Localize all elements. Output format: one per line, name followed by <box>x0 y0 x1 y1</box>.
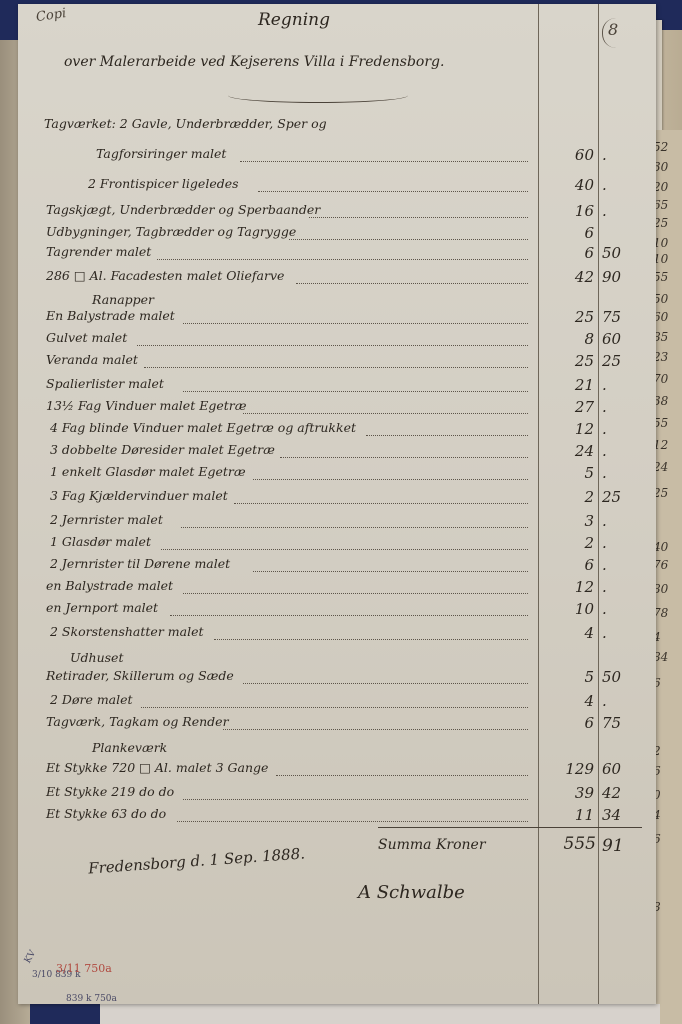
item-description: 2 Jernrister til Dørene malet <box>50 556 230 571</box>
line-item: Et Stykke 63 do do1134 <box>18 806 656 828</box>
dotted-leader <box>183 592 528 594</box>
archive-stamp-red: 3/11 750a <box>56 962 112 975</box>
dotted-leader <box>161 548 528 550</box>
dotted-leader <box>177 820 528 822</box>
document-title: Regning <box>258 10 330 30</box>
document-subtitle: over Malerarbeide ved Kejserens Villa i … <box>64 54 444 70</box>
line-item: 2 Døre malet4. <box>18 692 656 714</box>
item-ore: 60 <box>602 330 642 348</box>
item-kroner: 2 <box>538 534 594 552</box>
item-description: Et Stykke 219 do do <box>46 784 174 799</box>
dotted-leader <box>214 638 528 640</box>
item-ore: . <box>602 464 642 482</box>
dotted-leader <box>258 190 528 192</box>
item-description: en Jernport malet <box>46 600 158 615</box>
item-kroner: 6 <box>538 714 594 732</box>
dotted-leader <box>240 160 528 162</box>
item-ore: . <box>602 420 642 438</box>
line-item: 2 Jernrister malet3. <box>18 512 656 534</box>
item-description: 2 Frontispicer ligeledes <box>88 176 239 191</box>
line-item: 2 Skorstenshatter malet4. <box>18 624 656 646</box>
item-description: En Balystrade malet <box>46 308 175 323</box>
dotted-leader <box>223 728 528 730</box>
item-ore: . <box>602 176 642 194</box>
item-kroner: 5 <box>538 464 594 482</box>
dotted-leader <box>137 344 528 346</box>
item-ore: 60 <box>602 760 642 778</box>
item-description: Veranda malet <box>46 352 138 367</box>
item-ore: 75 <box>602 714 642 732</box>
dotted-leader <box>253 478 528 480</box>
bottom-sheet-edge <box>100 1004 660 1024</box>
section-heading: Udhuset <box>70 650 123 665</box>
item-kroner: 10 <box>538 600 594 618</box>
dotted-leader <box>234 502 528 504</box>
section-heading: Ranapper <box>92 292 154 307</box>
item-ore: 25 <box>602 352 642 370</box>
line-item: Tagskjægt, Underbrædder og Sperbaander16… <box>18 202 656 224</box>
line-item: Et Stykke 720 □ Al. malet 3 Gange12960 <box>18 760 656 782</box>
dotted-leader <box>366 434 528 436</box>
item-kroner: 2 <box>538 488 594 506</box>
item-description: 4 Fag blinde Vinduer malet Egetræ og aft… <box>50 420 356 435</box>
line-item: 13½ Fag Vinduer malet Egetræ27. <box>18 398 656 420</box>
line-item: en Balystrade malet12. <box>18 578 656 600</box>
line-item: 4 Fag blinde Vinduer malet Egetræ og aft… <box>18 420 656 442</box>
line-item: Udbygninger, Tagbrædder og Tagrygge6 <box>18 224 656 246</box>
item-description: Et Stykke 63 do do <box>46 806 166 821</box>
dotted-leader <box>280 456 528 458</box>
total-kroner: 555 <box>538 834 596 854</box>
archive-stamp: KV <box>23 949 38 965</box>
item-ore: 90 <box>602 268 642 286</box>
item-ore: . <box>602 398 642 416</box>
item-description: Tagforsiringer malet <box>96 146 226 161</box>
item-ore: 34 <box>602 806 642 824</box>
item-ore: 75 <box>602 308 642 326</box>
item-kroner: 4 <box>538 624 594 642</box>
item-description: Tagskjægt, Underbrædder og Sperbaander <box>46 202 320 217</box>
item-ore: . <box>602 692 642 710</box>
item-ore: . <box>602 534 642 552</box>
line-item: Veranda malet2525 <box>18 352 656 374</box>
line-item: En Balystrade malet2575 <box>18 308 656 330</box>
dotted-leader <box>141 706 528 708</box>
item-ore: . <box>602 512 642 530</box>
total-label: Summa Kroner <box>378 837 486 853</box>
line-item: Tagforsiringer malet60. <box>18 146 656 168</box>
item-description: 1 Glasdør malet <box>50 534 151 549</box>
item-ore: . <box>602 600 642 618</box>
total-rule <box>378 827 642 828</box>
line-item: Gulvet malet860 <box>18 330 656 352</box>
item-kroner: 129 <box>538 760 594 778</box>
item-description: Et Stykke 720 □ Al. malet 3 Gange <box>46 760 268 775</box>
invoice-page: Copi 8 Regning over Malerarbeide ved Kej… <box>18 4 656 1004</box>
item-kroner: 39 <box>538 784 594 802</box>
line-item: 286 □ Al. Facadesten malet Oliefarve4290 <box>18 268 656 290</box>
dotted-leader <box>243 412 528 414</box>
dotted-leader <box>183 322 528 324</box>
item-description: 13½ Fag Vinduer malet Egetræ <box>46 398 246 413</box>
dotted-leader <box>157 258 528 260</box>
line-item: Spalierlister malet21. <box>18 376 656 398</box>
item-kroner: 4 <box>538 692 594 710</box>
item-kroner: 25 <box>538 308 594 326</box>
line-item: Retirader, Skillerum og Sæde550 <box>18 668 656 690</box>
dotted-leader <box>276 774 528 776</box>
side-ledger-strip: 5230206525101055506085237038551224254076… <box>652 130 682 1024</box>
item-ore: . <box>602 578 642 596</box>
signature: A Schwalbe <box>358 882 465 903</box>
line-item: Tagværket: 2 Gavle, Underbrædder, Sper o… <box>18 116 656 138</box>
item-ore: 25 <box>602 488 642 506</box>
dotted-leader <box>296 282 528 284</box>
item-ore: . <box>602 442 642 460</box>
line-item: 2 Jernrister til Dørene malet6. <box>18 556 656 578</box>
item-ore: 50 <box>602 668 642 686</box>
line-item: 3 Fag Kjældervinduer malet225 <box>18 488 656 510</box>
dotted-leader <box>181 526 528 528</box>
line-item: 3 dobbelte Døresider malet Egetræ24. <box>18 442 656 464</box>
line-item: Tagværk, Tagkam og Render675 <box>18 714 656 736</box>
item-description: Tagværk, Tagkam og Render <box>46 714 229 729</box>
dotted-leader <box>243 682 528 684</box>
item-kroner: 6 <box>538 224 594 242</box>
line-item: en Jernport malet10. <box>18 600 656 622</box>
item-kroner: 16 <box>538 202 594 220</box>
item-kroner: 27 <box>538 398 594 416</box>
item-description: Retirader, Skillerum og Sæde <box>46 668 234 683</box>
item-ore: . <box>602 202 642 220</box>
item-description: 286 □ Al. Facadesten malet Oliefarve <box>46 268 284 283</box>
page-number: 8 <box>608 20 618 39</box>
section-heading-row: Plankeværk <box>18 740 656 762</box>
item-kroner: 12 <box>538 420 594 438</box>
item-kroner: 11 <box>538 806 594 824</box>
item-description: Spalierlister malet <box>46 376 164 391</box>
item-description: Udbygninger, Tagbrædder og Tagrygge <box>46 224 296 239</box>
line-item: 1 enkelt Glasdør malet Egetræ5. <box>18 464 656 486</box>
item-kroner: 12 <box>538 578 594 596</box>
item-ore: . <box>602 556 642 574</box>
dotted-leader <box>289 238 528 240</box>
item-ore: . <box>602 624 642 642</box>
place-date: Fredensborg d. 1 Sep. 1888. <box>88 844 306 877</box>
total-ore: 91 <box>602 836 624 856</box>
dotted-leader <box>183 390 528 392</box>
item-kroner: 3 <box>538 512 594 530</box>
item-description: 3 dobbelte Døresider malet Egetræ <box>50 442 275 457</box>
item-kroner: 25 <box>538 352 594 370</box>
line-item: 1 Glasdør malet2. <box>18 534 656 556</box>
item-kroner: 40 <box>538 176 594 194</box>
dotted-leader <box>253 570 528 572</box>
dotted-leader <box>309 216 528 218</box>
line-item: Et Stykke 219 do do3942 <box>18 784 656 806</box>
item-description: Gulvet malet <box>46 330 127 345</box>
item-kroner: 6 <box>538 556 594 574</box>
item-ore: 50 <box>602 244 642 262</box>
item-description: 1 enkelt Glasdør malet Egetræ <box>50 464 246 479</box>
item-description: 2 Jernrister malet <box>50 512 163 527</box>
item-kroner: 24 <box>538 442 594 460</box>
dotted-leader <box>170 614 528 616</box>
item-description: en Balystrade malet <box>46 578 173 593</box>
section-heading: Plankeværk <box>92 740 167 755</box>
item-description: 2 Skorstenshatter malet <box>50 624 204 639</box>
item-kroner: 5 <box>538 668 594 686</box>
item-kroner: 42 <box>538 268 594 286</box>
item-kroner: 21 <box>538 376 594 394</box>
item-ore: . <box>602 146 642 164</box>
item-ore: 42 <box>602 784 642 802</box>
item-kroner: 60 <box>538 146 594 164</box>
item-description: 3 Fag Kjældervinduer malet <box>50 488 228 503</box>
item-ore: . <box>602 376 642 394</box>
copy-mark: Copi <box>35 6 67 25</box>
line-item: Tagrender malet650 <box>18 244 656 266</box>
line-item: 2 Frontispicer ligeledes40. <box>18 176 656 198</box>
item-kroner: 8 <box>538 330 594 348</box>
item-description: 2 Døre malet <box>50 692 133 707</box>
dotted-leader <box>144 366 528 368</box>
item-description: Tagrender malet <box>46 244 151 259</box>
item-description: Tagværket: 2 Gavle, Underbrædder, Sper o… <box>44 116 327 131</box>
archive-stamp: 839 k 750a <box>66 994 117 1004</box>
item-kroner: 6 <box>538 244 594 262</box>
dotted-leader <box>183 798 528 800</box>
title-flourish <box>228 88 408 103</box>
